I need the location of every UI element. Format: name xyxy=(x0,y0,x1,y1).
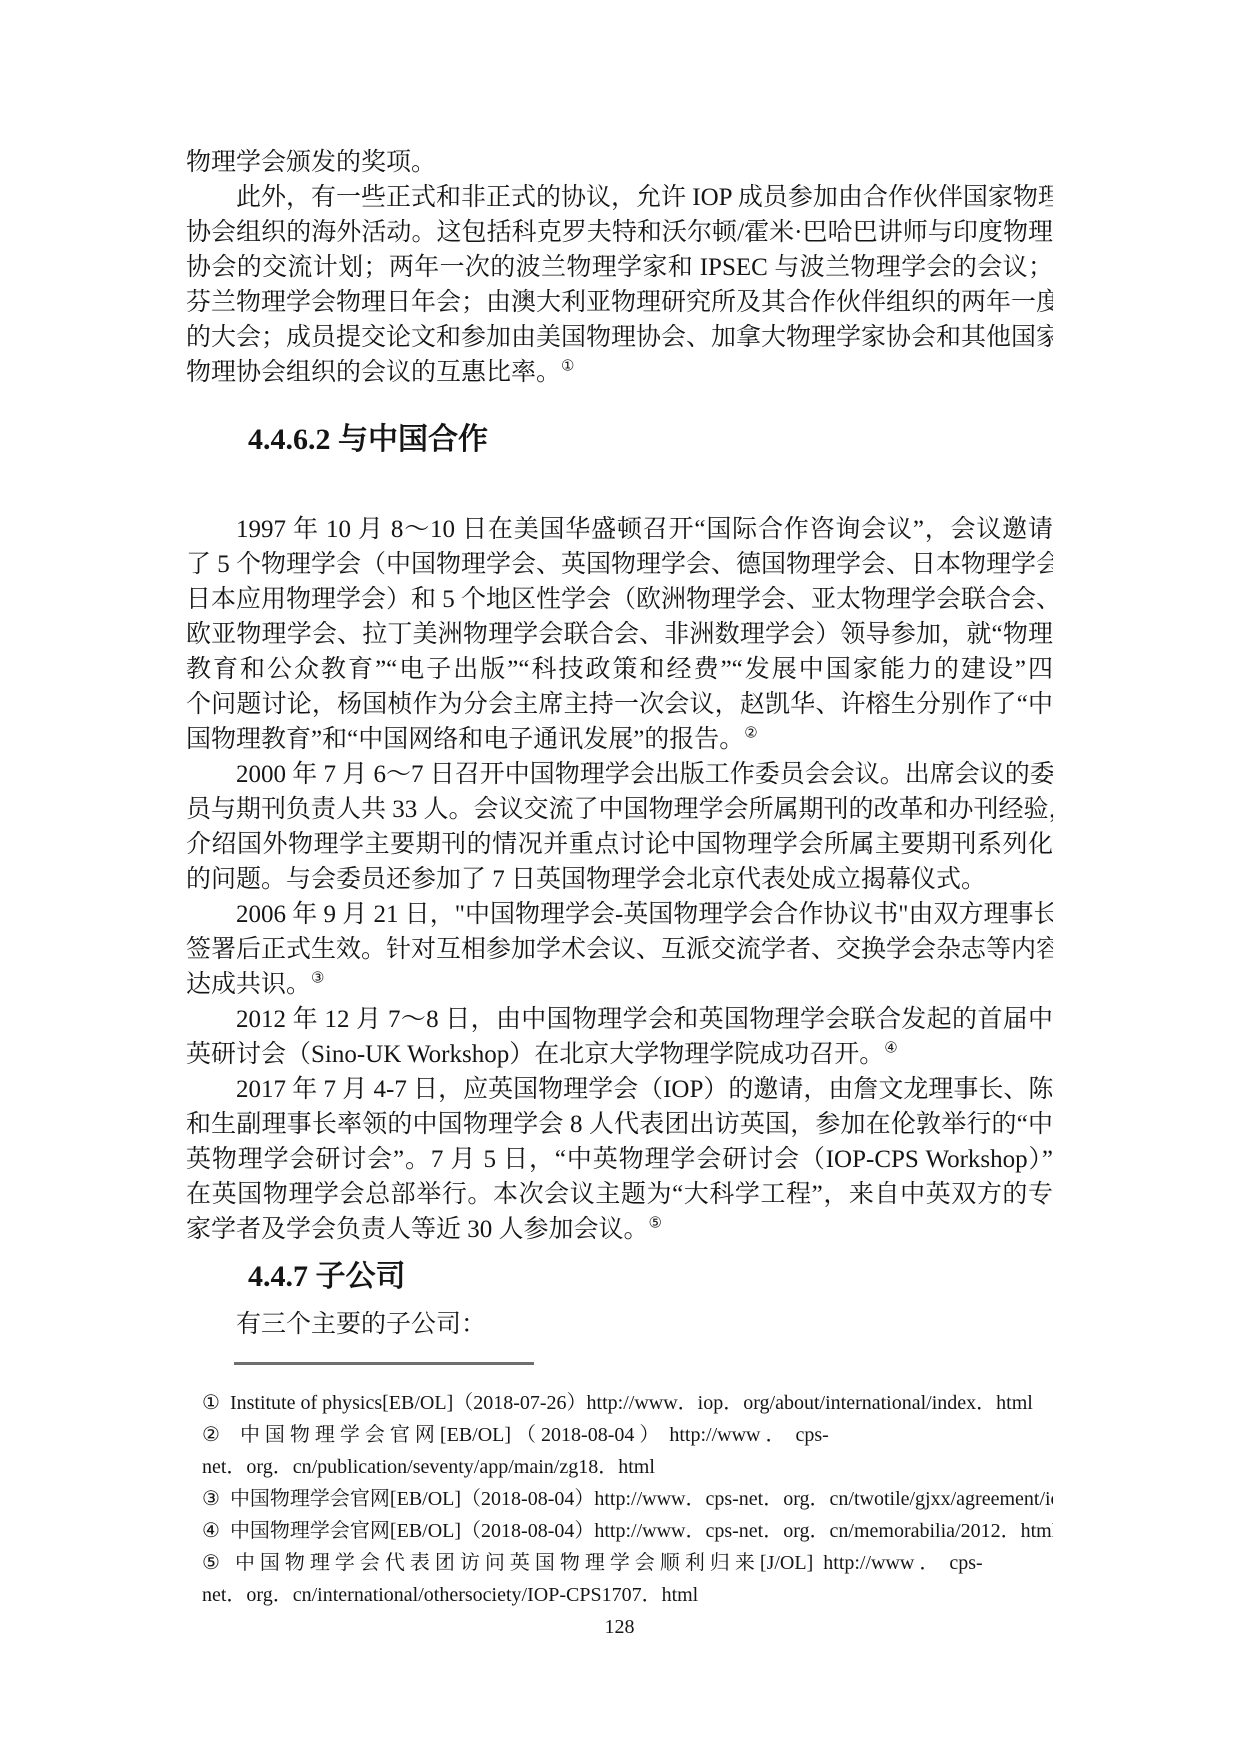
body-text-line: 在英国物理学会总部举行。本次会议主题为“大科学工程”，来自中英双方的专 xyxy=(186,1177,1053,1212)
section-heading: 4.4.6.2 与中国合作 xyxy=(248,420,1053,460)
paragraph: 2006 年 9 月 21 日，"中国物理学会-英国物理学会合作协议书"由双方理… xyxy=(186,897,1053,1002)
body-text-line: 协会的交流计划；两年一次的波兰物理学家和 IPSEC 与波兰物理学会的会议； xyxy=(186,250,1053,285)
body-text-line: 和生副理事长率领的中国物理学会 8 人代表团出访英国，参加在伦敦举行的“中 xyxy=(186,1107,1053,1142)
paragraph: 2000 年 7 月 6～7 日召开中国物理学会出版工作委员会会议。出席会议的委… xyxy=(186,757,1053,897)
footnote-entry: ② 中 国 物 理 学 会 官 网 [EB/OL] （ 2018-08-04 ）… xyxy=(202,1419,1053,1451)
body-text-line: 家学者及学会负责人等近 30 人参加会议。⑤ xyxy=(186,1212,1053,1247)
body-text-line: 员与期刊负责人共 33 人。会议交流了中国物理学会所属期刊的改革和办刊经验， xyxy=(186,792,1053,827)
body-text-line: 教育和公众教育”“电子出版”“科技政策和经费”“发展中国家能力的建设”四 xyxy=(186,652,1053,687)
body-text-line: 物理协会组织的会议的互惠比率。① xyxy=(186,355,1053,390)
page-number: 128 xyxy=(605,1616,635,1638)
body-text-line: 英研讨会（Sino-UK Workshop）在北京大学物理学院成功召开。④ xyxy=(186,1037,1053,1072)
body-text-line: 有三个主要的子公司： xyxy=(186,1307,1053,1342)
body-text-line: 签署后正式生效。针对互相参加学术会议、互派交流学者、交换学会杂志等内容 xyxy=(186,932,1053,967)
footnote-entry: ④中国物理学会官网[EB/OL]（2018-08-04）http://www．c… xyxy=(202,1515,1053,1547)
footnote-marker: ① xyxy=(202,1387,220,1419)
body-text-line: 2006 年 9 月 21 日，"中国物理学会-英国物理学会合作协议书"由双方理… xyxy=(186,897,1053,932)
page-footer: 128 xyxy=(186,1613,1053,1641)
footnotes: ①Institute of physics[EB/OL]（2018-07-26）… xyxy=(186,1387,1053,1611)
body-text-line: 此外，有一些正式和非正式的协议，允许 IOP 成员参加由合作伙伴国家物理 xyxy=(186,180,1053,215)
body-text-line: 2000 年 7 月 6～7 日召开中国物理学会出版工作委员会会议。出席会议的委 xyxy=(186,757,1053,792)
footnote-marker: ④ xyxy=(202,1515,220,1547)
document-page: 物理学会颁发的奖项。此外，有一些正式和非正式的协议，允许 IOP 成员参加由合作… xyxy=(0,0,1240,1753)
body-text-line: 2017 年 7 月 4-7 日，应英国物理学会（IOP）的邀请，由詹文龙理事长… xyxy=(186,1072,1053,1107)
body-text-line: 物理学会颁发的奖项。 xyxy=(186,145,1053,180)
paragraph: 此外，有一些正式和非正式的协议，允许 IOP 成员参加由合作伙伴国家物理协会组织… xyxy=(186,180,1053,390)
body-text-line: 的大会；成员提交论文和参加由美国物理协会、加拿大物理学家协会和其他国家 xyxy=(186,320,1053,355)
footnote-continuation-line: net．org．cn/publication/seventy/app/main/… xyxy=(202,1451,1053,1483)
paragraph: 物理学会颁发的奖项。 xyxy=(186,145,1053,180)
footnote-marker: ⑤ xyxy=(202,1547,220,1579)
footnote-reference: ② xyxy=(744,726,757,742)
paragraph: 2012 年 12 月 7～8 日，由中国物理学会和英国物理学会联合发起的首届中… xyxy=(186,1002,1053,1072)
footnote-marker: ③ xyxy=(202,1483,220,1515)
body-text-line: 个问题讨论，杨国桢作为分会主席主持一次会议，赵凯华、许榕生分别作了“中 xyxy=(186,687,1053,722)
paragraph: 2017 年 7 月 4-7 日，应英国物理学会（IOP）的邀请，由詹文龙理事长… xyxy=(186,1072,1053,1247)
body-text-line: 2012 年 12 月 7～8 日，由中国物理学会和英国物理学会联合发起的首届中 xyxy=(186,1002,1053,1037)
body-content: 物理学会颁发的奖项。此外，有一些正式和非正式的协议，允许 IOP 成员参加由合作… xyxy=(186,145,1053,1342)
footnote-entry: ③中国物理学会官网[EB/OL]（2018-08-04）http://www．c… xyxy=(202,1483,1053,1515)
footnote-entry: ①Institute of physics[EB/OL]（2018-07-26）… xyxy=(202,1387,1053,1419)
footnote-separator xyxy=(234,1362,534,1365)
body-text-line: 英物理学会研讨会”。7 月 5 日，“中英物理学会研讨会（IOP-CPS Wor… xyxy=(186,1142,1053,1177)
body-text-line: 的问题。与会委员还参加了 7 日英国物理学会北京代表处成立揭幕仪式。 xyxy=(186,862,1053,897)
body-text-line: 芬兰物理学会物理日年会；由澳大利亚物理研究所及其合作伙伴组织的两年一度 xyxy=(186,285,1053,320)
footnote-continuation-line: net．org．cn/international/othersociety/IO… xyxy=(202,1579,1053,1611)
body-text-line: 1997 年 10 月 8～10 日在美国华盛顿召开“国际合作咨询会议”，会议邀… xyxy=(186,512,1053,547)
footnote-reference: ③ xyxy=(311,971,324,987)
body-text-line: 国物理教育”和“中国网络和电子通讯发展”的报告。② xyxy=(186,722,1053,757)
body-text-line: 协会组织的海外活动。这包括科克罗夫特和沃尔顿/霍米·巴哈巴讲师与印度物理 xyxy=(186,215,1053,250)
footnote-marker: ② xyxy=(202,1419,220,1451)
body-text-line: 介绍国外物理学主要期刊的情况并重点讨论中国物理学会所属主要期刊系列化 xyxy=(186,827,1053,862)
section-heading: 4.4.7 子公司 xyxy=(248,1257,1053,1297)
body-text-line: 达成共识。③ xyxy=(186,967,1053,1002)
body-text-line: 了 5 个物理学会（中国物理学会、英国物理学会、德国物理学会、日本物理学会、 xyxy=(186,547,1053,582)
footnote-reference: ⑤ xyxy=(649,1216,662,1232)
footnote-reference: ① xyxy=(561,359,574,375)
footnote-reference: ④ xyxy=(884,1041,897,1057)
body-text-line: 日本应用物理学会）和 5 个地区性学会（欧洲物理学会、亚太物理学会联合会、 xyxy=(186,582,1053,617)
paragraph: 1997 年 10 月 8～10 日在美国华盛顿召开“国际合作咨询会议”，会议邀… xyxy=(186,512,1053,757)
footnote-entry: ⑤ 中 国 物 理 学 会 代 表 团 访 问 英 国 物 理 学 会 顺 利 … xyxy=(202,1547,1053,1579)
paragraph: 有三个主要的子公司： xyxy=(186,1307,1053,1342)
body-text-line: 欧亚物理学会、拉丁美洲物理学会联合会、非洲数理学会）领导参加，就“物理 xyxy=(186,617,1053,652)
